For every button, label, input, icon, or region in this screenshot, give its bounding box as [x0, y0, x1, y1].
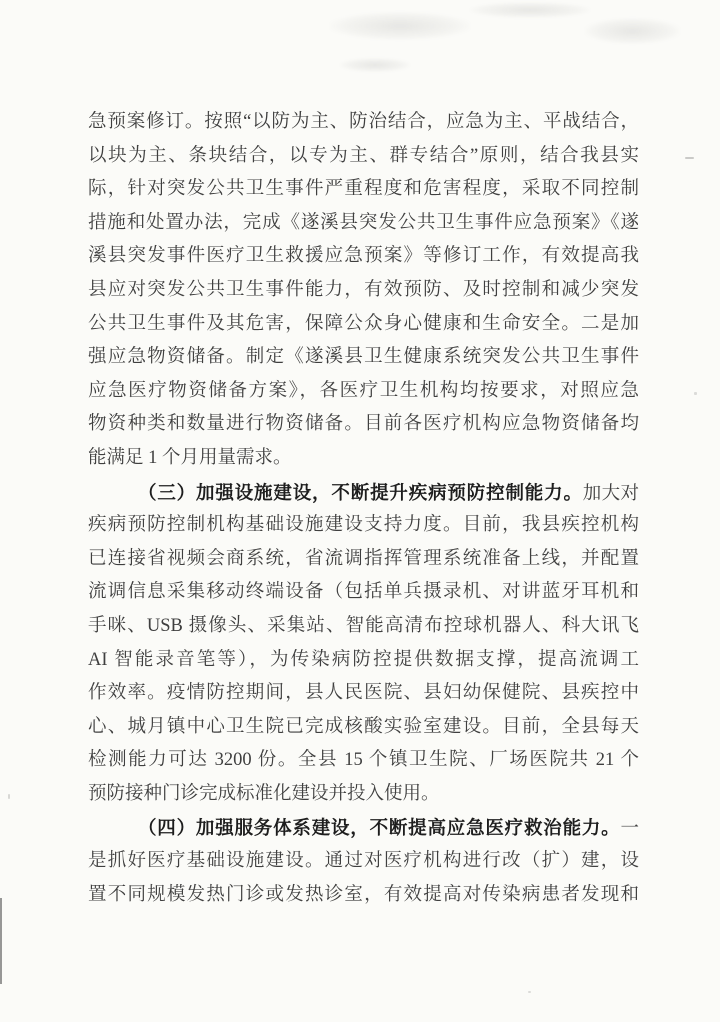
text-run: 急预案修订。按照“以防为主、防治结合，应急为主、平战结合，: [88, 112, 639, 132]
text-line: AI 智能录音笔等），为传染病防控提供数据支撑，提高流调工: [88, 644, 639, 678]
text-line: 物资种类和数量进行物资储备。目前各医疗机构应急物资储备均: [88, 408, 639, 442]
text-run: 际，针对突发公共卫生事件严重程度和危害程度，采取不同控制: [88, 179, 639, 199]
text-line: 急预案修订。按照“以防为主、防治结合，应急为主、平战结合，: [88, 106, 639, 140]
scan-speck: [694, 392, 697, 395]
scan-smudge: [470, 2, 590, 18]
text-line: 县应对突发公共卫生事件能力，有效预防、及时控制和减少突发: [88, 274, 639, 308]
text-block: 急预案修订。按照“以防为主、防治结合，应急为主、平战结合，以块为主、条块结合，以…: [88, 106, 639, 912]
text-run: 已连接省视频会商系统，省流调指挥管理系统准备上线，并配置: [88, 549, 639, 569]
text-run: 应急医疗物资储备方案》，各医疗卫生机构均按要求，对照应急: [88, 381, 639, 401]
text-line: 作效率。疫情防控期间，县人民医院、县妇幼保健院、县疾控中: [88, 677, 639, 711]
text-run: 物资种类和数量进行物资储备。目前各医疗机构应急物资储备均: [88, 414, 639, 434]
text-run: 流调信息采集移动终端设备（包括单兵摄录机、对讲蓝牙耳机和: [88, 582, 639, 602]
text-line: （三）加强设施建设，不断提升疾病预防控制能力。加大对: [88, 476, 639, 510]
text-run: 加大对: [583, 484, 639, 504]
text-line: 预防接种门诊完成标准化建设并投入使用。: [88, 778, 639, 812]
text-line: 检测能力可达 3200 份。全县 15 个镇卫生院、厂场医院共 21 个: [88, 744, 639, 778]
text-run: 能满足 1 个月用量需求。: [88, 448, 292, 468]
text-line: 溪县突发事件医疗卫生救援应急预案》等修订工作，有效提高我: [88, 240, 639, 274]
paragraph-heading-run: （三）加强设施建设，不断提升疾病预防控制能力。: [138, 482, 583, 503]
text-run: 一: [620, 819, 639, 839]
text-run: 公共卫生事件及其危害，保障公众身心健康和生命安全。二是加: [88, 314, 639, 334]
text-run: 预防接种门诊完成标准化建设并投入使用。: [88, 784, 440, 804]
text-run: 县应对突发公共卫生事件能力，有效预防、及时控制和减少突发: [88, 280, 639, 300]
text-run: 心、城月镇中心卫生院已完成核酸实验室建设。目前，全县每天: [88, 717, 639, 737]
text-run: AI 智能录音笔等），为传染病防控提供数据支撑，提高流调工: [88, 650, 639, 670]
text-run: 置不同规模发热门诊或发热诊室，有效提高对传染病患者发现和: [88, 885, 639, 905]
text-run: 作效率。疫情防控期间，县人民医院、县妇幼保健院、县疾控中: [88, 683, 639, 703]
scan-smudge: [340, 58, 410, 72]
text-run: 是抓好医疗基础设施建设。通过对医疗机构进行改（扩）建，设: [88, 851, 639, 871]
text-run: 措施和处置办法，完成《遂溪县突发公共卫生事件应急预案》《遂: [88, 213, 639, 233]
text-line: 际，针对突发公共卫生事件严重程度和危害程度，采取不同控制: [88, 173, 639, 207]
text-line: 疾病预防控制机构基础设施建设支持力度。目前，我县疾控机构: [88, 509, 639, 543]
text-line: 强应急物资储备。制定《遂溪县卫生健康系统突发公共卫生事件: [88, 341, 639, 375]
document-page: 急预案修订。按照“以防为主、防治结合，应急为主、平战结合，以块为主、条块结合，以…: [0, 0, 720, 1022]
scan-speck: [8, 794, 10, 799]
text-run: 疾病预防控制机构基础设施建设支持力度。目前，我县疾控机构: [88, 515, 639, 535]
text-run: 以块为主、条块结合，以专为主、群专结合”原则，结合我县实: [88, 146, 639, 166]
text-line: 置不同规模发热门诊或发热诊室，有效提高对传染病患者发现和: [88, 879, 639, 913]
scan-smudge: [330, 12, 470, 40]
text-run: 手咪、USB 摄像头、采集站、智能高清布控球机器人、科大讯飞: [88, 616, 639, 636]
scan-edge-shadow: [0, 898, 2, 984]
text-run: 溪县突发事件医疗卫生救援应急预案》等修订工作，有效提高我: [88, 246, 639, 266]
scan-smudge: [585, 18, 680, 44]
paragraph-heading-run: （四）加强服务体系建设，不断提高应急医疗救治能力。: [138, 817, 620, 838]
scan-speck: [685, 157, 694, 159]
text-line: 公共卫生事件及其危害，保障公众身心健康和生命安全。二是加: [88, 308, 639, 342]
text-line: 已连接省视频会商系统，省流调指挥管理系统准备上线，并配置: [88, 543, 639, 577]
text-line: 能满足 1 个月用量需求。: [88, 442, 639, 476]
text-run: 强应急物资储备。制定《遂溪县卫生健康系统突发公共卫生事件: [88, 347, 639, 367]
text-line: （四）加强服务体系建设，不断提高应急医疗救治能力。一: [88, 811, 639, 845]
text-line: 流调信息采集移动终端设备（包括单兵摄录机、对讲蓝牙耳机和: [88, 576, 639, 610]
scan-speck: [528, 991, 531, 993]
text-line: 以块为主、条块结合，以专为主、群专结合”原则，结合我县实: [88, 140, 639, 174]
text-line: 手咪、USB 摄像头、采集站、智能高清布控球机器人、科大讯飞: [88, 610, 639, 644]
text-run: 检测能力可达 3200 份。全县 15 个镇卫生院、厂场医院共 21 个: [88, 750, 639, 770]
text-line: 应急医疗物资储备方案》，各医疗卫生机构均按要求，对照应急: [88, 375, 639, 409]
text-line: 是抓好医疗基础设施建设。通过对医疗机构进行改（扩）建，设: [88, 845, 639, 879]
text-line: 心、城月镇中心卫生院已完成核酸实验室建设。目前，全县每天: [88, 711, 639, 745]
text-line: 措施和处置办法，完成《遂溪县突发公共卫生事件应急预案》《遂: [88, 207, 639, 241]
